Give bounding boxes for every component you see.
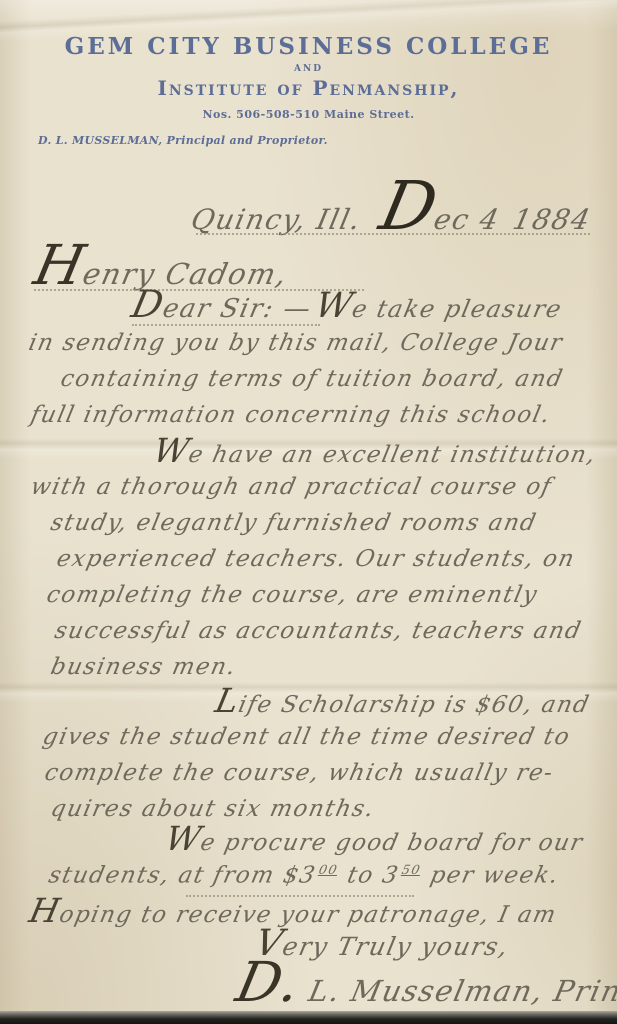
body-line: successful as accountants, teachers and	[52, 618, 584, 646]
board-price-line: students, at from $300 to 350 per week.	[46, 862, 562, 890]
body-line: containing terms of tuition board, and	[58, 366, 566, 394]
body-line: Life Scholarship is $60, and	[212, 688, 593, 720]
body-line: experienced teachers. Our students, on	[54, 546, 578, 574]
body-line: quires about six months.	[48, 796, 377, 824]
body-line: gives the student all the time desired t…	[40, 724, 573, 752]
body-line: completing the course, are eminently	[44, 582, 540, 610]
board-price-sup-low: 00	[318, 862, 340, 877]
body-line: full information concerning this school.	[28, 402, 553, 430]
salutation: Dear Sir: —	[128, 289, 316, 325]
dotted-rule	[196, 233, 590, 235]
body-line: with a thorough and practical course of	[28, 474, 555, 502]
board-price-mid: to 3	[345, 863, 402, 889]
salutation-continuation: We take pleasure	[312, 293, 565, 324]
dotted-rule	[186, 895, 414, 897]
body-line: complete the course, which usually re-	[42, 760, 556, 788]
body-line: We have an excellent institution,	[150, 438, 600, 470]
letterhead-and-label: AND	[0, 64, 617, 74]
scan-bottom-edge	[0, 1011, 617, 1024]
board-price-prefix: students, at from $3	[46, 863, 318, 889]
letter-scan: GEM CITY BUSINESS COLLEGE AND Institute …	[0, 0, 617, 1024]
signature: D. L. Musselman, Prin.	[232, 960, 617, 1009]
letterhead-institute-name: Institute of Penmanship,	[0, 76, 617, 100]
letterhead-principal-line: D. L. MUSSELMAN, Principal and Proprieto…	[38, 134, 328, 147]
body-line: Hoping to receive your patronage, I am	[26, 898, 560, 930]
body-line: We procure good board for our	[162, 826, 587, 858]
body-line: study, elegantly furnished rooms and	[48, 510, 539, 538]
dateline-place: Quincy, Ill.	[188, 203, 365, 237]
letterhead-address: Nos. 506-508-510 Maine Street.	[0, 108, 617, 121]
body-line: in sending you by this mail, College Jou…	[26, 330, 566, 358]
letterhead-college-name: GEM CITY BUSINESS COLLEGE	[0, 33, 617, 60]
board-price-sup-high: 50	[400, 862, 422, 877]
dateline-date: Dec 4	[375, 186, 506, 237]
dateline: Quincy, Ill.Dec 41884	[188, 186, 598, 237]
dotted-rule	[132, 324, 320, 326]
body-line: business men.	[48, 654, 239, 682]
board-price-suffix: per week.	[428, 863, 562, 889]
dateline-year: 1884	[510, 203, 594, 237]
